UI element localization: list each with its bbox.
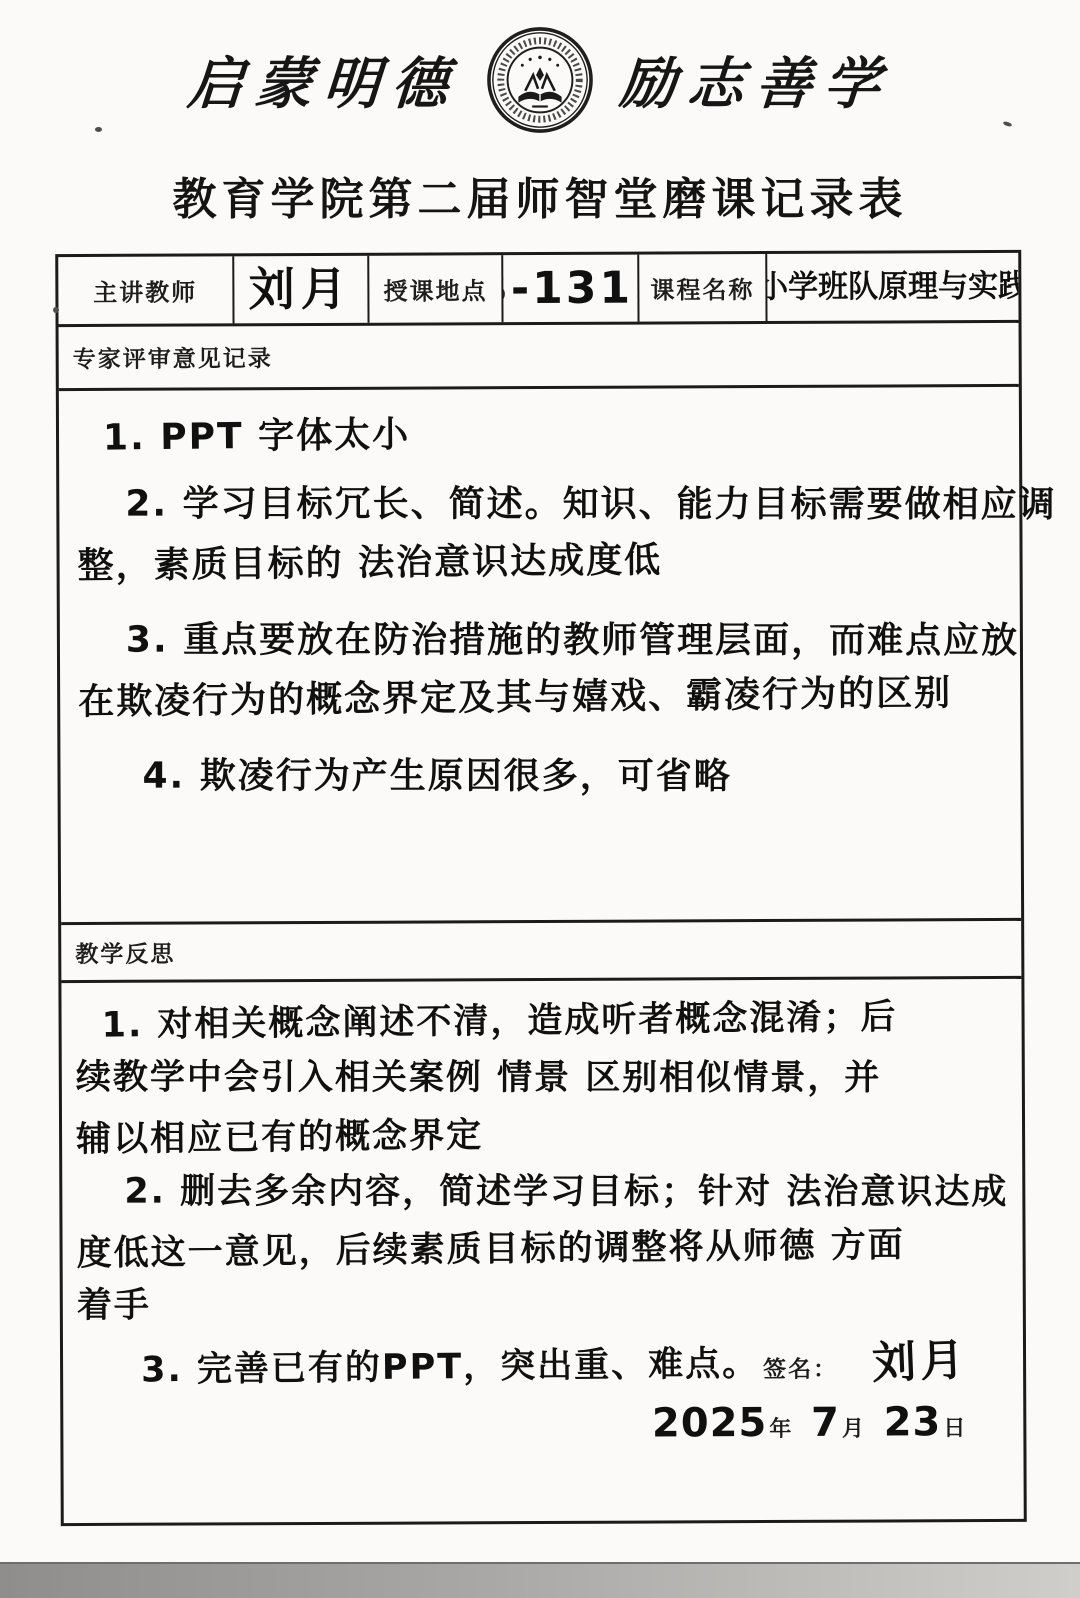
reflection-notes: 1. 对相关概念阐述不清，造成听者概念混淆；后 续教学中会引入相关案例 情景 区…	[61, 979, 1023, 1523]
reflection-note-line: 辅以相应已有的概念界定	[76, 1102, 1011, 1169]
college-seal-icon	[486, 26, 594, 134]
date-year-unit: 年	[769, 1416, 791, 1441]
location-value-handwritten: B-1311	[504, 255, 640, 323]
reflection-section-header: 教学反思	[61, 921, 1021, 983]
reflection-note-line: 度低这一意见，后续素质目标的调整将从师德 方面	[76, 1216, 1011, 1283]
scanned-document-page: 启蒙明德 励志善学 教育学院第二届师智堂磨课记录表 主	[0, 0, 1080, 1598]
date-month-handwritten: 7	[811, 1400, 840, 1446]
reflection-note-line: 续教学中会引入相关案例 情景 区别相似情景，并	[76, 1050, 1010, 1108]
reflection-note-line: 3. 完善已有的PPT，突出重、难点。	[77, 1336, 760, 1400]
course-label: 课程名称	[639, 254, 768, 322]
reflection-note-line: 着手	[77, 1278, 1011, 1336]
reflection-note-line: 2. 删去多余内容，简述学习目标；针对 法治意识达成	[76, 1164, 1010, 1222]
location-label: 授课地点	[369, 255, 504, 323]
reflection-note-line: 1. 对相关概念阐述不清，造成听者概念混淆；后	[75, 988, 1010, 1055]
motto-right: 励志善学	[617, 40, 895, 120]
expert-note-line: 在欺凌行为的概念界定及其与嬉戏、霸凌行为的区别	[78, 664, 1009, 731]
reflection-header-label: 教学反思	[75, 936, 175, 969]
record-table: 主讲教师 刘月 授课地点 B-1311 课程名称 小学班队原理与实践 专家评审意…	[55, 250, 1027, 1526]
expert-note-line: 4. 欺凌行为产生原因很多，可省略	[78, 748, 1008, 806]
date-day-unit: 日	[943, 1415, 965, 1440]
scan-speck	[95, 127, 102, 132]
date-month-unit: 月	[842, 1416, 864, 1441]
motto-left: 启蒙明德	[185, 40, 463, 120]
signature-line: 3. 完善已有的PPT，突出重、难点。 签名： 刘月	[77, 1333, 1011, 1398]
expert-note-line: 3. 重点要放在防治措施的教师管理层面，而难点应放	[78, 612, 1008, 670]
document-header: 启蒙明德 励志善学	[0, 26, 1080, 134]
info-row: 主讲教师 刘月 授课地点 B-1311 课程名称 小学班队原理与实践	[58, 253, 1018, 327]
course-value-handwritten: 小学班队原理与实践	[768, 251, 1019, 322]
expert-note-line: 2. 学习目标冗长、简述。知识、能力目标需要做相应调	[77, 476, 1007, 534]
expert-review-notes: 1. PPT 字体太小 2. 学习目标冗长、简述。知识、能力目标需要做相应调 整…	[59, 387, 1021, 925]
date-year-handwritten: 2025	[652, 1400, 768, 1447]
expert-note-line: 整，素质目标的 法治意识达成度低	[77, 528, 1008, 595]
expert-review-section-header: 专家评审意见记录	[59, 323, 1019, 391]
teacher-label: 主讲教师	[58, 256, 234, 324]
signature-handwritten: 刘月	[871, 1331, 969, 1392]
date-day-handwritten: 23	[884, 1399, 942, 1445]
expert-note-line: 1. PPT 字体太小	[77, 400, 1008, 467]
teacher-value-handwritten: 刘月	[234, 256, 370, 324]
signature-label: 签名：	[763, 1351, 838, 1384]
scan-speck	[53, 307, 59, 313]
page-title: 教育学院第二届师智堂磨课记录表	[0, 163, 1080, 227]
date-line: 2025年 7月 23日	[77, 1394, 1011, 1455]
scan-edge-band	[0, 1562, 1080, 1598]
expert-review-header-label: 专家评审意见记录	[73, 340, 273, 374]
